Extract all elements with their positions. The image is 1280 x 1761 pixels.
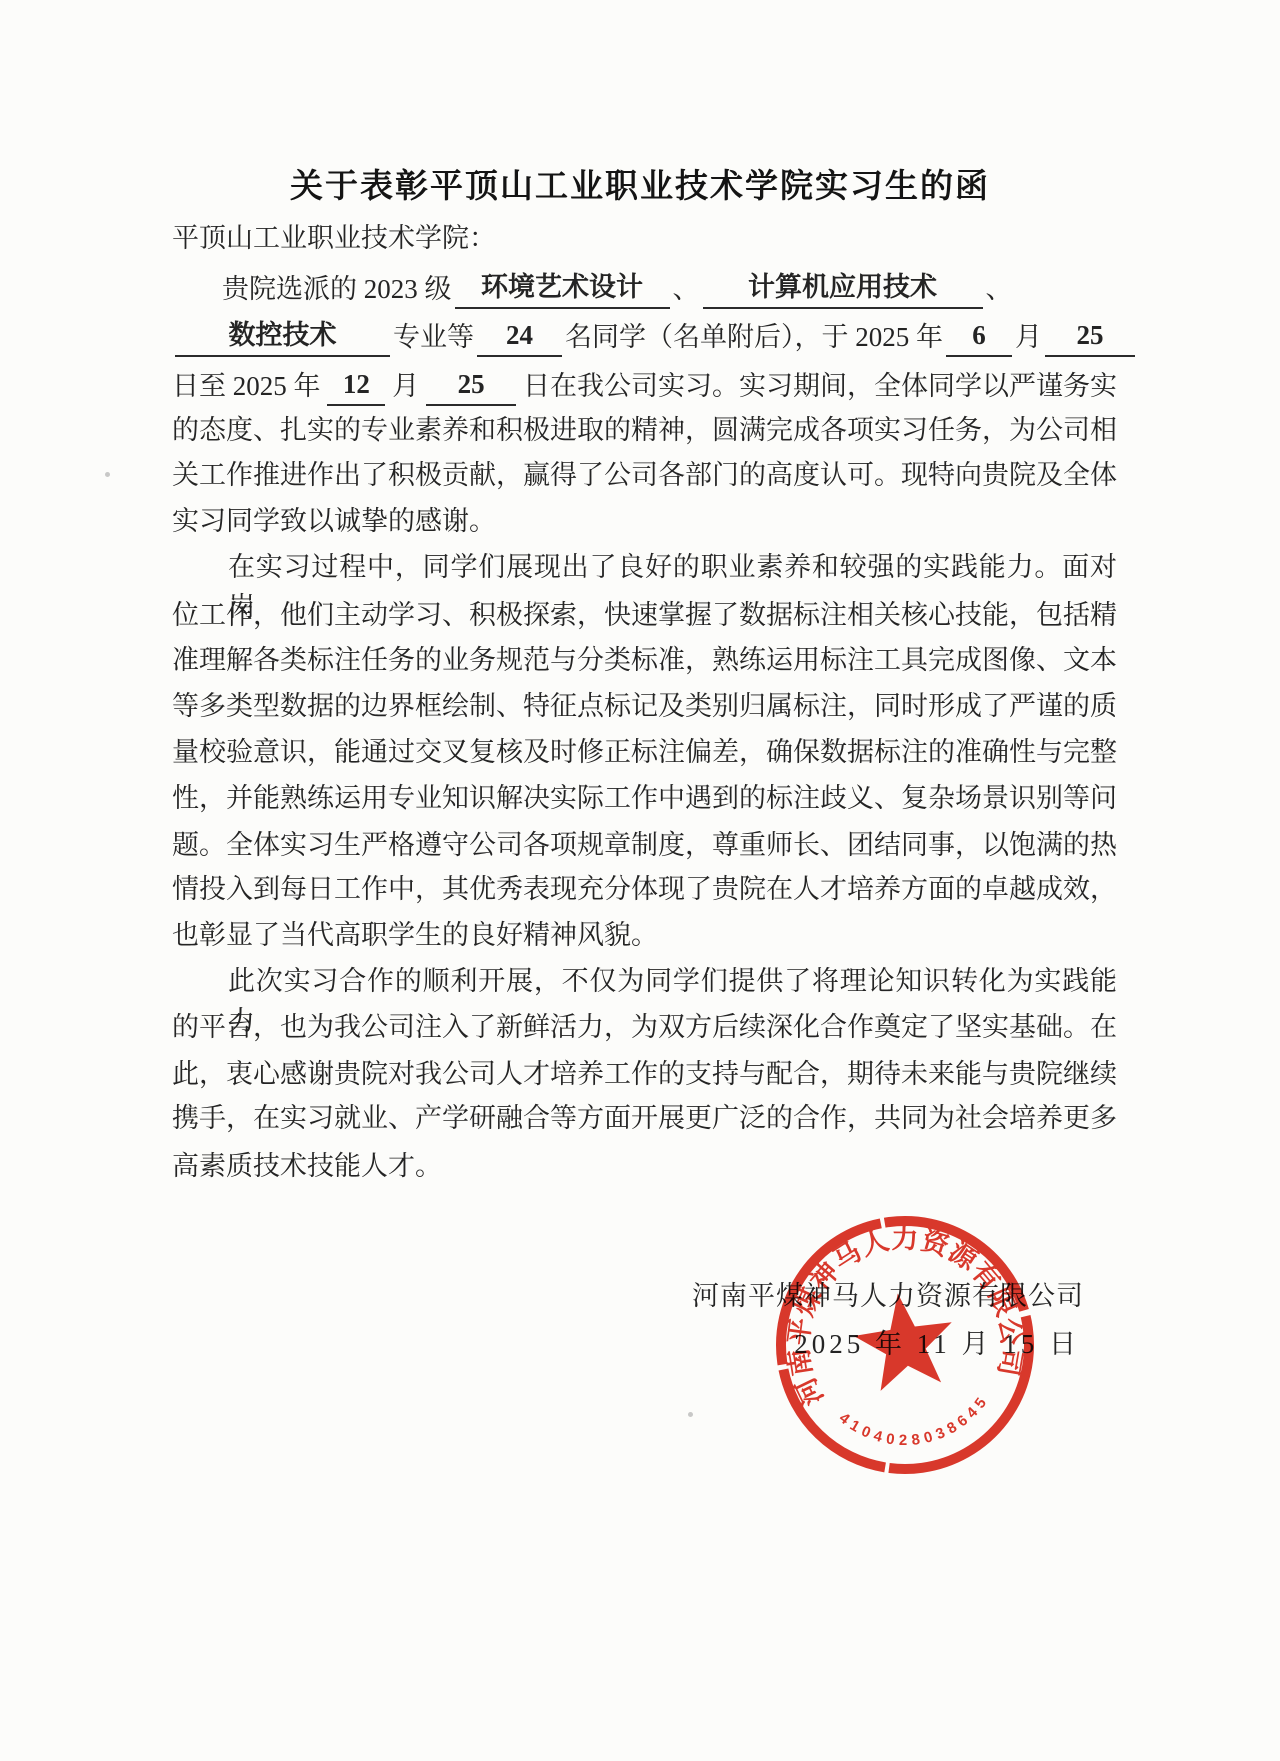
- letter-page: 关于表彰平顶山工业职业技术学院实习生的函 平顶山工业职业技术学院： 贵院选派的 …: [0, 0, 1280, 1761]
- paragraph2-line8: 情投入到每日工作中，其优秀表现充分体现了贵院在人才培养方面的卓越成效，: [172, 869, 1117, 909]
- paragraph2-line6: 性，并能熟练运用专业知识解决实际工作中遇到的标注歧义、复杂场景识别等问: [172, 778, 1117, 818]
- fill-field-student-count: 24: [477, 315, 562, 357]
- paragraph3-line2: 的平台，也为我公司注入了新鲜活力，为双方后续深化合作奠定了坚实基础。在: [172, 1007, 1117, 1047]
- paragraph2-line9: 也彰显了当代高职学生的良好精神风貌。: [172, 915, 1117, 955]
- fill-field-major3: 数控技术: [175, 315, 390, 357]
- fill-field-major2: 计算机应用技术: [703, 267, 983, 309]
- page-title: 关于表彰平顶山工业职业技术学院实习生的函: [0, 160, 1280, 207]
- paragraph3-line3: 此，衷心感谢贵院对我公司人才培养工作的支持与配合，期待未来能与贵院继续: [172, 1054, 1117, 1094]
- paragraph3-line4: 携手，在实习就业、产学研融合等方面开展更广泛的合作，共同为社会培养更多: [172, 1098, 1117, 1138]
- paragraph1-line2: 数控技术 专业等 24 名同学（名单附后），于 2025 年 6 月 25: [172, 315, 1117, 357]
- fill-field-end-month: 12: [327, 364, 385, 406]
- fill-field-start-day: 25: [1045, 315, 1135, 357]
- p1l1-text1: 贵院选派的 2023 级: [222, 269, 452, 309]
- scan-speck: [688, 1412, 693, 1417]
- fill-field-start-month: 6: [946, 315, 1012, 357]
- p1l2-text2: 名同学（名单附后），于 2025 年: [565, 317, 943, 357]
- paragraph3-line5: 高素质技术技能人才。: [172, 1146, 1117, 1186]
- paragraph2-line5: 量校验意识，能通过交叉复核及时修正标注偏差，确保数据标注的准确性与完整: [172, 732, 1117, 772]
- paragraph1-line4: 的态度、扎实的专业素养和积极进取的精神，圆满完成各项实习任务，为公司相: [172, 410, 1117, 450]
- p1l2-text1: 专业等: [393, 317, 474, 357]
- paragraph2-line3: 准理解各类标注任务的业务规范与分类标准，熟练运用标注工具完成图像、文本: [172, 640, 1117, 680]
- scan-speck: [1072, 795, 1079, 799]
- fill-field-major1: 环境艺术设计: [455, 267, 670, 309]
- p1l3-text2: 月: [392, 366, 419, 406]
- paragraph1-line5: 关工作推进作出了积极贡献，赢得了公司各部门的高度认可。现特向贵院及全体: [172, 455, 1117, 495]
- paragraph1-line3: 日至 2025 年 12 月 25 日在我公司实习。实习期间，全体同学以严谨务实: [172, 364, 1117, 406]
- paragraph1-line1: 贵院选派的 2023 级 环境艺术设计 、 计算机应用技术 、: [172, 267, 1117, 309]
- paragraph2-line7: 题。全体实习生严格遵守公司各项规章制度，尊重师长、团结同事，以饱满的热: [172, 825, 1117, 865]
- scan-speck: [105, 472, 110, 477]
- p1l3-text3: 日在我公司实习。实习期间，全体同学以严谨务实: [523, 366, 1117, 406]
- fill-field-end-day: 25: [426, 364, 516, 406]
- p1l1-separator2: 、: [986, 269, 1013, 309]
- p1l2-text3: 月: [1015, 317, 1042, 357]
- company-seal: 河南平煤神马人力资源有限公司 4104028038645: [736, 1176, 1075, 1515]
- seal-star-icon: [849, 1287, 960, 1394]
- paragraph2-line4: 等多类型数据的边界框绘制、特征点标记及类别归属标注，同时形成了严谨的质: [172, 686, 1117, 726]
- paragraph1-line6: 实习同学致以诚挚的感谢。: [172, 501, 1117, 541]
- p1l1-separator1: 、: [673, 269, 700, 309]
- paragraph2-line2: 位工作，他们主动学习、积极探索，快速掌握了数据标注相关核心技能，包括精: [172, 595, 1117, 635]
- salutation: 平顶山工业职业技术学院：: [172, 218, 1117, 258]
- p1l3-text1: 日至 2025 年: [172, 366, 321, 406]
